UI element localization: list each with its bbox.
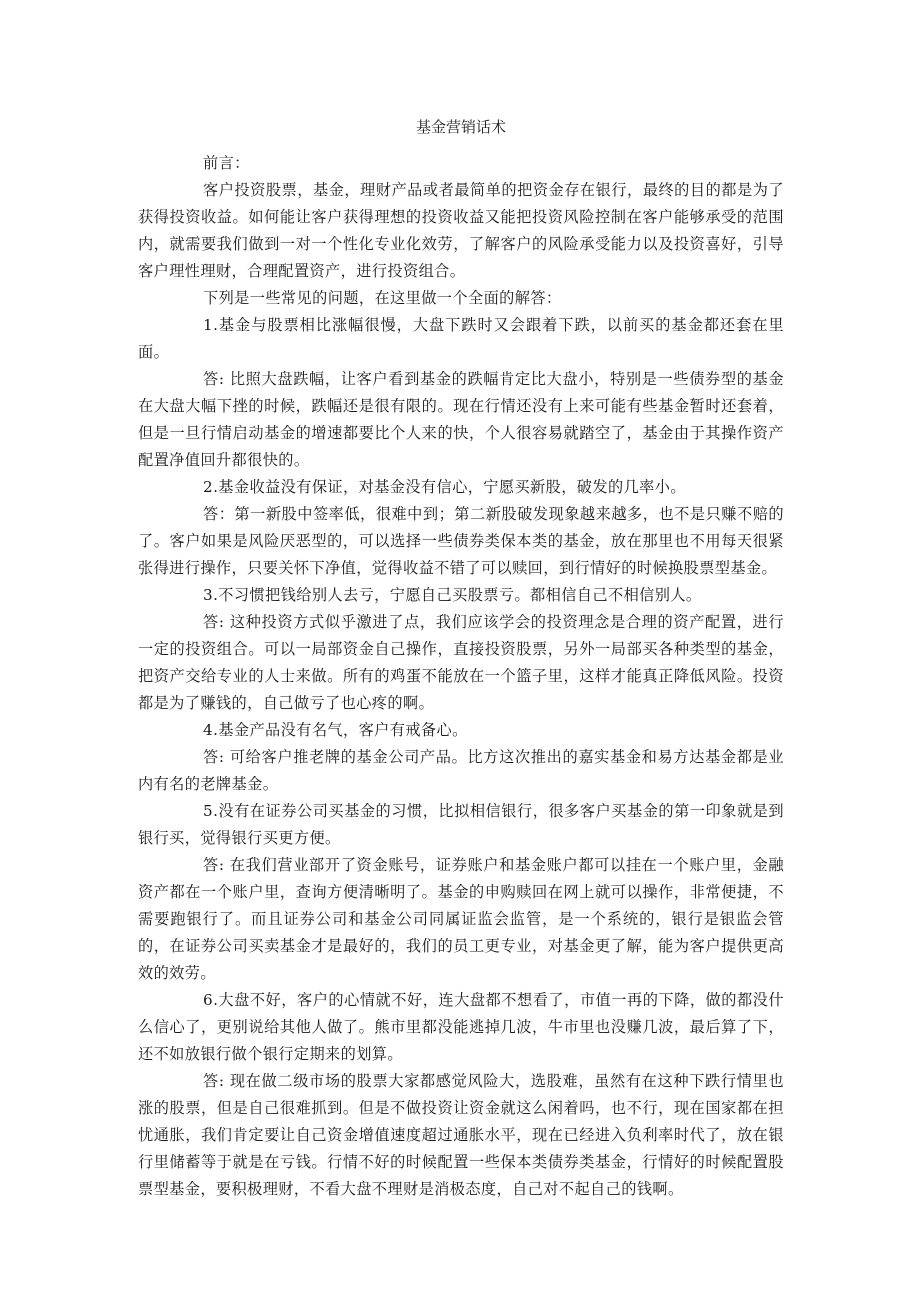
question-2: 2.基金收益没有保证，对基金没有信心，宁愿买新股，破发的几率小。 — [138, 474, 784, 501]
answer-2: 答：第一新股中签率低，很难中到；第二新股破发现象越来越多，也不是只赚不赔的了。客… — [138, 501, 784, 582]
answer-1: 答: 比照大盘跌幅，让客户看到基金的跌幅肯定比大盘小，特别是一些债券型的基金在大… — [138, 366, 784, 474]
question-1: 1.基金与股票相比涨幅很慢，大盘下跌时又会跟着下跌，以前买的基金都还套在里面。 — [138, 312, 784, 366]
intro-paragraph: 客户投资股票，基金，理财产品或者最简单的把资金存在银行，最终的目的都是为了获得投… — [138, 177, 784, 285]
question-3: 3.不习惯把钱给别人去亏，宁愿自己买股票亏。都相信自己不相信别人。 — [138, 582, 784, 609]
answer-5: 答: 在我们营业部开了资金账号，证券账户和基金账户都可以挂在一个账户里，金融资产… — [138, 852, 784, 987]
preface-label: 前言： — [138, 150, 784, 177]
lead-in-paragraph: 下列是一些常见的问题，在这里做一个全面的解答： — [138, 285, 784, 312]
question-6: 6.大盘不好，客户的心情就不好，连大盘都不想看了，市值一再的下降，做的都没什么信… — [138, 987, 784, 1068]
question-5: 5.没有在证券公司买基金的习惯，比拟相信银行，很多客户买基金的第一印象就是到银行… — [138, 798, 784, 852]
document-title: 基金营销话术 — [138, 114, 784, 140]
document-page: 基金营销话术 前言： 客户投资股票，基金，理财产品或者最简单的把资金存在银行，最… — [138, 114, 784, 1203]
answer-4: 答: 可给客户推老牌的基金公司产品。比方这次推出的嘉实基金和易方达基金都是业内有… — [138, 744, 784, 798]
answer-6: 答: 现在做二级市场的股票大家都感觉风险大，选股难，虽然有在这种下跌行情里也涨的… — [138, 1068, 784, 1203]
question-4: 4.基金产品没有名气，客户有戒备心。 — [138, 717, 784, 744]
answer-3: 答: 这种投资方式似乎激进了点，我们应该学会的投资理念是合理的资产配置，进行一定… — [138, 609, 784, 717]
